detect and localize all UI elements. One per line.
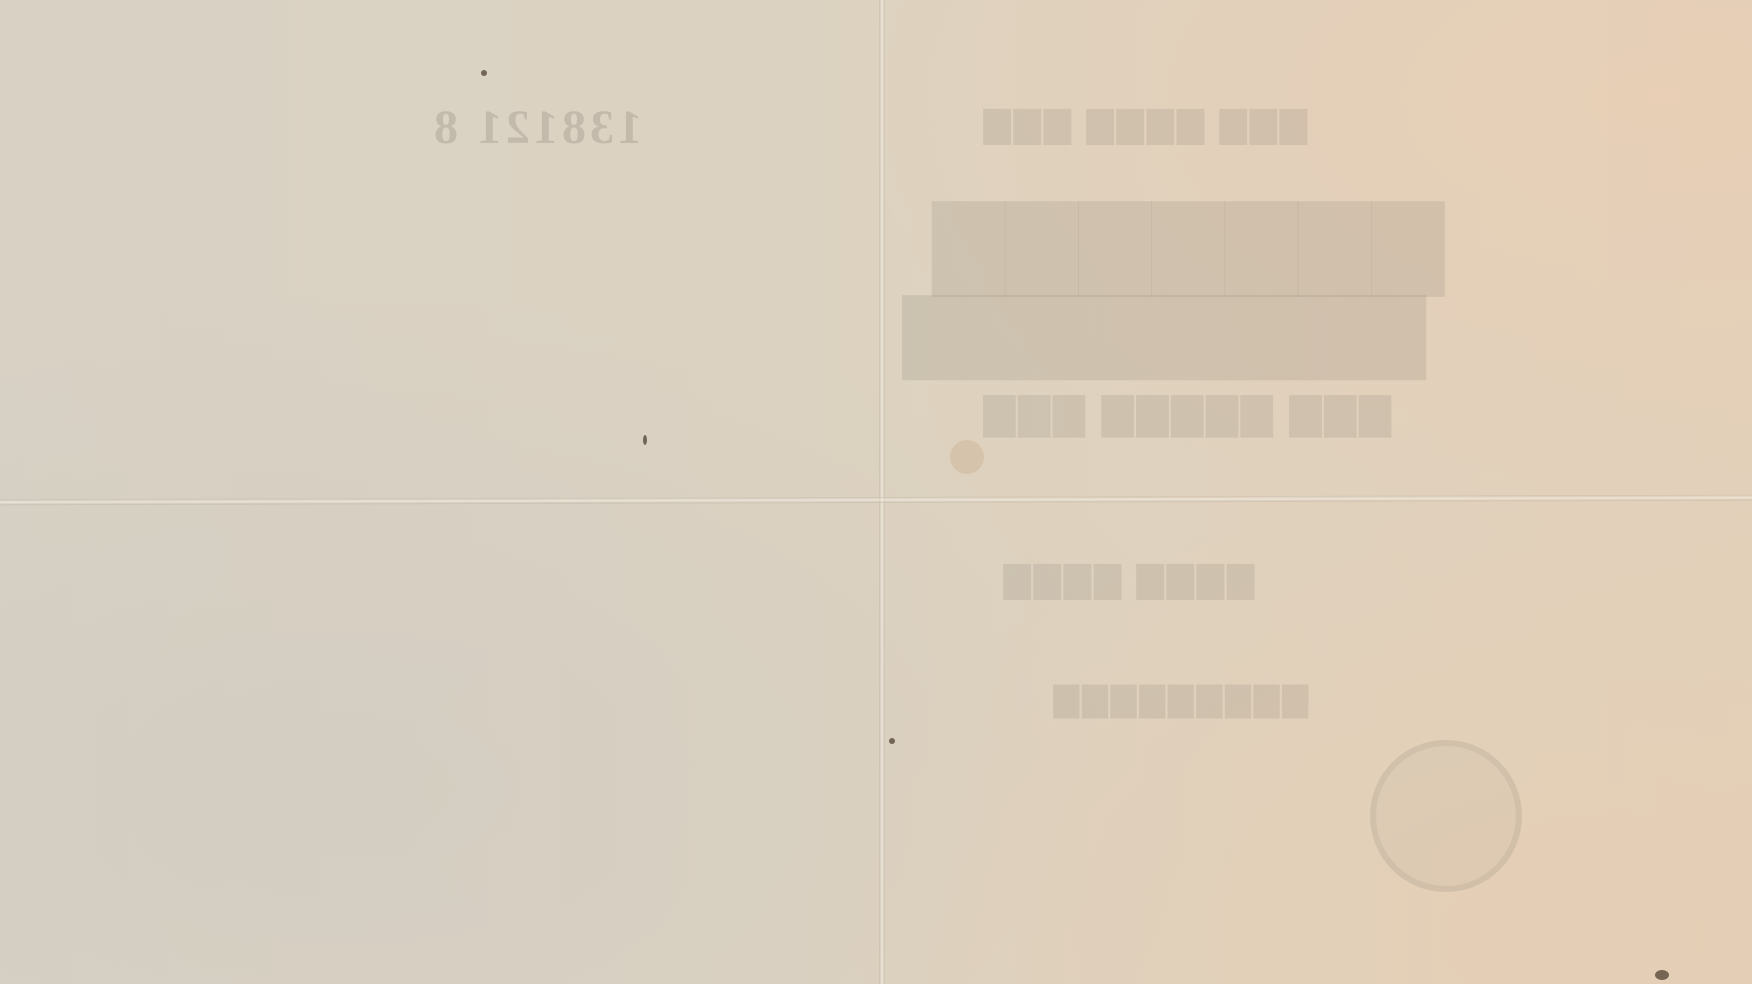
vertical-fold-crease	[879, 0, 885, 984]
ink-spot	[889, 738, 895, 744]
ink-spot	[1655, 970, 1669, 980]
show-through-seal-icon	[1370, 740, 1522, 892]
ink-spot	[643, 435, 647, 445]
ink-spot	[481, 70, 487, 76]
show-through-line-4: ▇▇▇ ▇▇▇▇▇ ▇▇▇	[980, 390, 1390, 437]
show-through-line-1: ▇▇▇ ▇▇▇▇ ▇▇▇	[980, 105, 1306, 145]
show-through-line-6: ▇▇▇▇▇▇▇▇▇	[1050, 680, 1307, 718]
mirrored-serial-number: 138121 8	[430, 100, 642, 155]
show-through-line-2: ▇▇▇▇▇▇▇	[930, 190, 1443, 295]
show-through-line-5: ▇▇▇▇ ▇▇▇▇	[1000, 560, 1254, 600]
stain-mark	[950, 440, 984, 474]
show-through-line-3: ▇▇▇▇▇▇▇▇	[900, 285, 1424, 379]
banknote-reverse: 138121 8 ▇▇▇ ▇▇▇▇ ▇▇▇ ▇▇▇▇▇▇▇ ▇▇▇▇▇▇▇▇ ▇…	[0, 0, 1752, 984]
horizontal-fold-crease	[0, 495, 1752, 506]
